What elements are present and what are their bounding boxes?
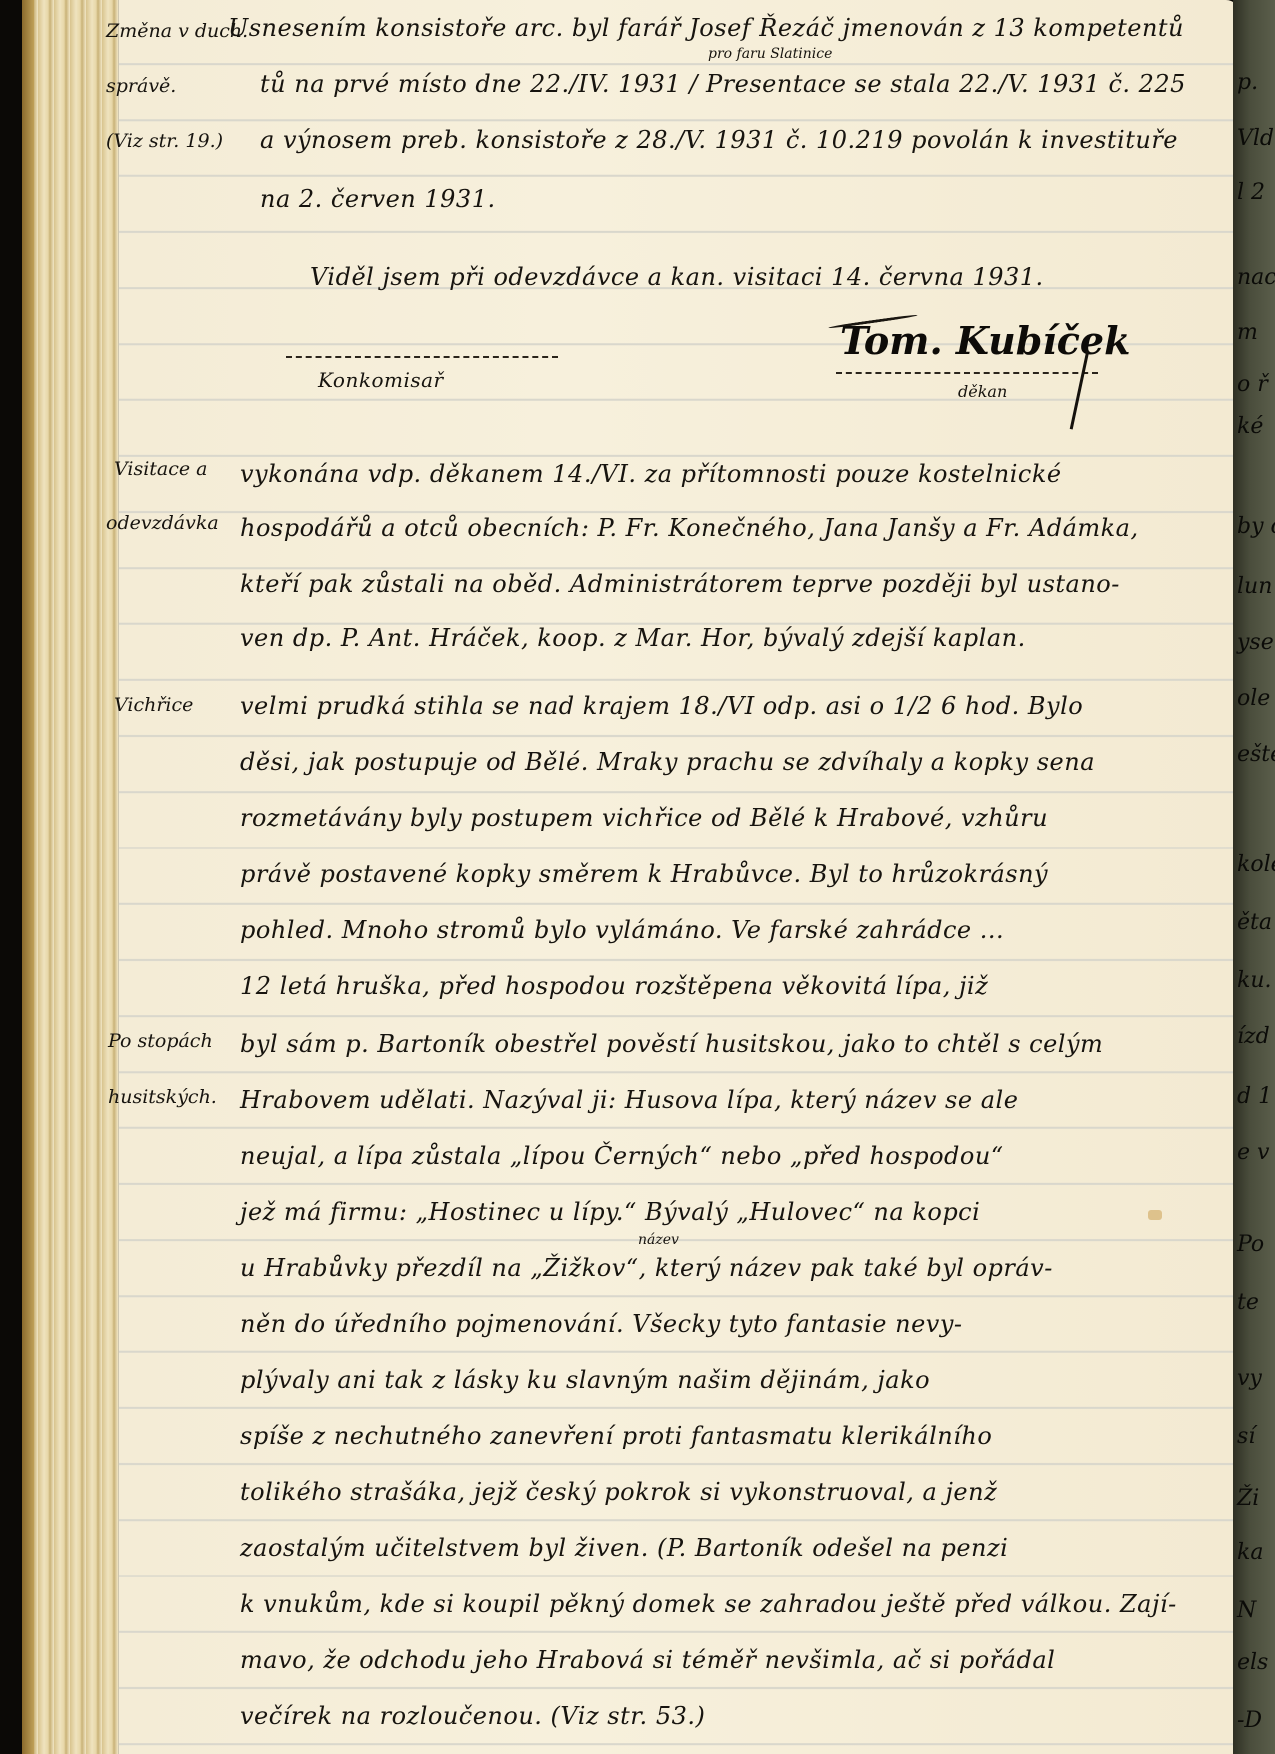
page-margin-line	[118, 0, 119, 1754]
text-line-hussite-7: plývaly ani tak z lásky ku slavným našim…	[240, 1366, 930, 1394]
margin-note-change: Změna v duch.	[106, 20, 248, 42]
facing-fragment: ěta	[1237, 910, 1272, 935]
facing-fragment: N	[1237, 1598, 1256, 1623]
facing-fragment: nac	[1237, 265, 1275, 290]
visitation-statement: Viděl jsem při odevzdávce a kan. visitac…	[310, 263, 1044, 291]
margin-note-handover: odevzdávka	[106, 512, 219, 534]
facing-fragment: ku.	[1237, 968, 1272, 993]
paper-stain	[1148, 1210, 1162, 1220]
facing-fragment: -D	[1237, 1708, 1262, 1733]
facing-fragment: by o	[1237, 514, 1275, 539]
facing-fragment: te	[1237, 1290, 1259, 1315]
text-line-hussite-1: byl sám p. Bartoník obestřel pověstí hus…	[240, 1030, 1103, 1058]
text-line-2: tů na prvé místo dne 22./IV. 1931 / Pres…	[260, 70, 1186, 98]
text-line-visitation-1: vykonána vdp. děkanem 14./VI. za přítomn…	[240, 460, 1062, 488]
text-line-visitation-3: kteří pak zůstali na oběd. Administrátor…	[240, 570, 1120, 598]
facing-fragment: yse	[1237, 630, 1274, 655]
chronicle-page: Změna v duch. správě. (Viz str. 19.) Vis…	[118, 0, 1240, 1754]
facing-fragment: Ži	[1237, 1486, 1259, 1511]
text-line-storm-4: právě postavené kopky směrem k Hrabůvce.…	[240, 860, 1048, 888]
facing-fragment: o ř	[1237, 372, 1268, 397]
margin-note-visitation: Visitace a	[114, 458, 208, 480]
text-line-hussite-13: večírek na rozloučenou. (Viz str. 53.)	[240, 1702, 705, 1730]
facing-fragment: p.	[1237, 70, 1258, 95]
signature-title: děkan	[958, 382, 1007, 401]
text-line-hussite-8: spíše z nechutného zanevření proti fanta…	[240, 1422, 992, 1450]
text-line-hussite-2: Hrabovem udělati. Nazýval ji: Husova líp…	[240, 1086, 1018, 1114]
text-line-hussite-12: mavo, že odchodu jeho Hrabová si téměř n…	[240, 1646, 1055, 1674]
margin-note-see-page-19: (Viz str. 19.)	[106, 130, 223, 152]
text-line-hussite-4: jež má firmu: „Hostinec u lípy.“ Bývalý …	[240, 1198, 980, 1226]
facing-fragment: l 2	[1237, 180, 1265, 205]
konkomisar-underline	[286, 356, 558, 358]
book-page-edges	[22, 0, 118, 1754]
text-line-storm-6: 12 letá hruška, před hospodou rozštěpena…	[240, 972, 988, 1000]
facing-fragment: e v	[1237, 1140, 1269, 1165]
margin-note-hussite: husitských.	[108, 1086, 217, 1108]
facing-fragment: ké	[1237, 414, 1263, 439]
margin-note-windstorm: Vichřice	[114, 694, 193, 716]
insertion-nazev: název	[638, 1232, 679, 1248]
text-line-storm-1: velmi prudká stihla se nad krajem 18./VI…	[240, 692, 1083, 720]
text-line-hussite-6: něn do úředního pojmenování. Všecky tyto…	[240, 1310, 963, 1338]
facing-fragment: Po	[1237, 1232, 1264, 1257]
text-line-visitation-2: hospodářů a otců obecních: P. Fr. Konečn…	[240, 514, 1139, 542]
text-line-hussite-9: tolikého strašáka, jejž český pokrok si …	[240, 1478, 997, 1506]
facing-fragment: els	[1237, 1650, 1268, 1675]
facing-fragment: ízd	[1237, 1024, 1270, 1049]
facing-fragment: kole	[1237, 852, 1275, 877]
facing-fragment: ole	[1237, 686, 1270, 711]
facing-page-edge: p. Vld l 2 nac m o ř ké by o lun yse ole…	[1233, 0, 1275, 1754]
facing-fragment: sí	[1237, 1424, 1255, 1449]
text-line-visitation-4: ven dp. P. Ant. Hráček, koop. z Mar. Hor…	[240, 624, 1026, 652]
text-line-hussite-11: k vnukům, kde si koupil pěkný domek se z…	[240, 1590, 1177, 1618]
facing-fragment: ešte	[1237, 742, 1275, 767]
facing-fragment: vy	[1237, 1366, 1262, 1391]
konkomisar-label: Konkomisař	[318, 368, 444, 392]
text-line-4: na 2. červen 1931.	[260, 185, 496, 213]
facing-fragment: lun	[1237, 574, 1272, 599]
facing-fragment: d 1	[1237, 1084, 1272, 1109]
facing-fragment: m	[1237, 320, 1258, 345]
text-line-hussite-10: zaostalým učitelstvem byl živen. (P. Bar…	[240, 1534, 1008, 1562]
margin-note-hussite-traces: Po stopách	[108, 1030, 213, 1052]
text-line-hussite-3: neujal, a lípa zůstala „lípou Černých“ n…	[240, 1142, 1004, 1170]
facing-fragment: Vld	[1237, 126, 1274, 151]
facing-fragment: ka	[1237, 1540, 1263, 1565]
text-line-hussite-5: u Hrabůvky přezdíl na „Žižkov“, který ná…	[240, 1254, 1053, 1282]
text-line-1: Usnesením konsistoře arc. byl farář Jose…	[228, 14, 1184, 42]
text-line-3: a výnosem preb. konsistoře z 28./V. 1931…	[260, 126, 1178, 154]
text-line-storm-5: pohled. Mnoho stromů bylo vylámáno. Ve f…	[240, 916, 1004, 944]
text-line-storm-2: děsi, jak postupuje od Bělé. Mraky prach…	[240, 748, 1095, 776]
insertion-pro-faru: pro faru Slatinice	[708, 46, 832, 62]
margin-note-administration: správě.	[106, 75, 176, 97]
text-line-storm-3: rozmetávány byly postupem vichřice od Bě…	[240, 804, 1048, 832]
signature-underline	[836, 372, 1098, 374]
